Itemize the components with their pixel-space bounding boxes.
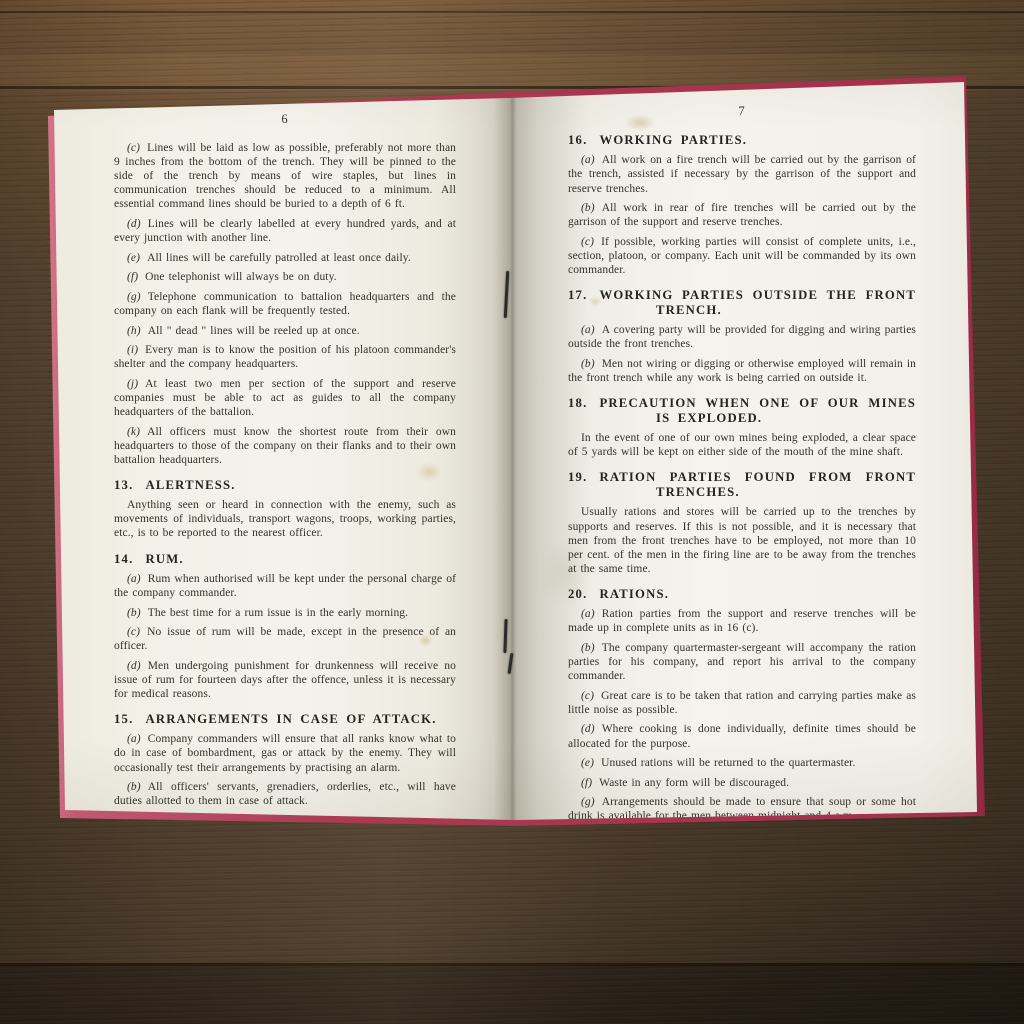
plank-seam [0,963,1024,966]
wood-shadow-band [0,966,1024,1024]
section-heading: 13.ALERTNESS. [114,478,456,493]
list-item-paragraph: (e)Unused rations will be returned to th… [568,756,916,770]
page-number: 7 [568,104,916,118]
page-6-text-column: 6 (c)Lines will be laid as low as possib… [114,112,456,816]
page-number: 6 [114,112,456,126]
list-item-paragraph: (c)No issue of rum will be made, except … [114,625,456,653]
list-item-paragraph: (f)One telephonist will always be on dut… [114,270,456,284]
section-number: 20. [568,587,587,601]
item-label: (c) [581,690,594,702]
paragraph: In the event of one of our own mines bei… [568,431,916,459]
item-label: (a) [127,733,141,745]
section-number: 14. [114,552,133,566]
section-title: RUM. [145,552,183,566]
list-item-paragraph: (c)Lines will be laid as low as possible… [114,141,456,211]
list-item-paragraph: (b)All work in rear of fire trenches wil… [568,201,916,229]
section-heading: 20.RATIONS. [568,587,916,602]
paragraph: Anything seen or heard in connection wit… [114,498,456,540]
page-7-blocks: 16.WORKING PARTIES.(a)All work on a fire… [568,133,916,820]
item-label: (a) [581,608,595,620]
section-number: 13. [114,478,133,492]
section-number: 18. [568,396,587,410]
item-label: (g) [581,796,595,808]
section-number: 19. [568,470,587,484]
booklet-open-pages: 6 (c)Lines will be laid as low as possib… [48,68,988,830]
section-title: RATION PARTIES FOUND FROM FRONT TRENCHES… [599,470,916,499]
paragraph: Usually rations and stores will be carri… [568,505,916,575]
item-label: (b) [127,607,141,619]
page-6-blocks: (c)Lines will be laid as low as possible… [114,141,456,808]
section-heading: 18.PRECAUTION WHEN ONE OF OUR MINES IS E… [568,396,916,426]
list-item-paragraph: (a)A covering party will be provided for… [568,323,916,351]
item-label: (b) [581,358,595,370]
list-item-paragraph: (b)Men not wiring or digging or otherwis… [568,357,916,385]
item-label: (d) [127,660,141,672]
list-item-paragraph: (a)All work on a fire trench will be car… [568,153,916,195]
item-label: (c) [127,626,140,638]
section-number: 15. [114,712,133,726]
list-item-paragraph: (j)At least two men per section of the s… [114,377,456,419]
list-item-paragraph: (i)Every man is to know the position of … [114,343,456,371]
plank-seam [0,11,1024,13]
list-item-paragraph: (a)Ration parties from the support and r… [568,607,916,635]
section-heading: 17.WORKING PARTIES OUTSIDE THE FRONT TRE… [568,288,916,318]
item-label: (d) [127,218,141,230]
list-item-paragraph: (e)All lines will be carefully patrolled… [114,251,456,265]
section-heading: 15.ARRANGEMENTS IN CASE OF ATTACK. [114,712,456,727]
item-label: (d) [581,723,595,735]
section-heading: 16.WORKING PARTIES. [568,133,916,148]
item-label: (g) [127,291,141,303]
item-label: (h) [127,325,141,337]
list-item-paragraph: (k)All officers must know the shortest r… [114,425,456,467]
item-label: (a) [581,324,595,336]
list-item-paragraph: (f)Waste in any form will be discouraged… [568,776,916,790]
item-label: (a) [127,573,141,585]
section-title: ARRANGEMENTS IN CASE OF ATTACK. [145,712,436,726]
item-label: (b) [127,781,141,793]
list-item-paragraph: (d)Where cooking is done individually, d… [568,722,916,750]
list-item-paragraph: (a)Company commanders will ensure that a… [114,732,456,774]
list-item-paragraph: (h)All " dead " lines will be reeled up … [114,324,456,338]
list-item-paragraph: (b)The company quartermaster-sergeant wi… [568,641,916,683]
list-item-paragraph: (a)Rum when authorised will be kept unde… [114,572,456,600]
list-item-paragraph: (c)Great care is to be taken that ration… [568,689,916,717]
item-label: (k) [127,426,140,438]
item-label: (c) [581,236,594,248]
section-heading: 14.RUM. [114,552,456,567]
photo-scene: 6 (c)Lines will be laid as low as possib… [0,0,1024,1024]
section-heading: 19.RATION PARTIES FOUND FROM FRONT TRENC… [568,470,916,500]
page-7-text-column: 7 16.WORKING PARTIES.(a)All work on a fi… [568,104,916,820]
item-label: (i) [127,344,138,356]
item-label: (f) [581,777,592,789]
item-label: (e) [127,252,140,264]
list-item-paragraph: (g)Telephone communication to battalion … [114,290,456,318]
item-label: (b) [581,202,595,214]
section-number: 17. [568,288,587,302]
section-title: ALERTNESS. [145,478,235,492]
section-title: PRECAUTION WHEN ONE OF OUR MINES IS EXPL… [599,396,916,425]
list-item-paragraph: (d)Lines will be clearly labelled at eve… [114,217,456,245]
section-number: 16. [568,133,587,147]
list-item-paragraph: (d)Men undergoing punishment for drunken… [114,659,456,701]
list-item-paragraph: (c)If possible, working parties will con… [568,235,916,277]
item-label: (b) [581,642,595,654]
item-label: (c) [127,142,140,154]
item-label: (f) [127,271,138,283]
item-label: (e) [581,757,594,769]
list-item-paragraph: (b)All officers' servants, grenadiers, o… [114,780,456,808]
item-label: (a) [581,154,595,166]
list-item-paragraph: (b)The best time for a rum issue is in t… [114,606,456,620]
section-title: WORKING PARTIES. [599,133,747,147]
item-label: (j) [127,378,138,390]
spine-crease [434,68,590,830]
section-title: RATIONS. [599,587,669,601]
section-title: WORKING PARTIES OUTSIDE THE FRONT TRENCH… [599,288,916,317]
